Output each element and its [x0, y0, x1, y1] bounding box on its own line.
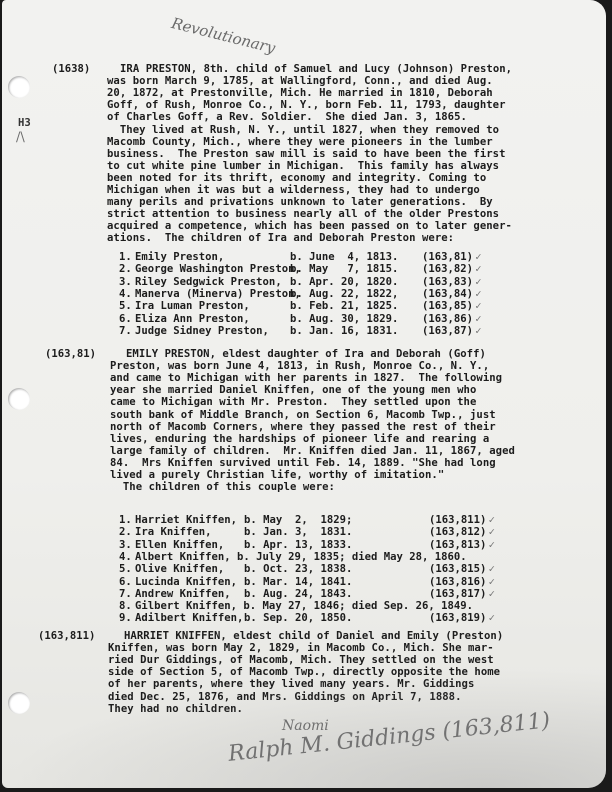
checkmark-icon: ✓ [475, 276, 481, 288]
child-ref: (163,815) [429, 563, 486, 575]
child-birth: b. Apr. 20, 1820. [290, 276, 398, 288]
text-line: year she married Daniel Kniffen, one of … [110, 384, 476, 396]
margin-code: H3 [18, 117, 31, 129]
text-line: side of Section 5, of Macomb Twp., direc… [108, 666, 500, 678]
checkmark-icon: ✓ [489, 576, 495, 588]
checkmark-icon: ✓ [475, 263, 481, 275]
child-birth: b. Jan. 16, 1831. [290, 325, 398, 337]
text-line: and came to Michigan with her parents in… [110, 372, 502, 384]
text-line: Preston, was born June 4, 1813, in Rush,… [110, 360, 489, 372]
child-number: 4. [119, 551, 132, 563]
child-row: 1.Harriet Kniffen,b. May 2, 1829;(163,81… [2, 514, 602, 526]
child-row: 5.Ira Luman Preston,b. Feb. 21, 1825.(16… [2, 300, 602, 312]
checkmark-icon: ✓ [475, 300, 481, 312]
text-line: EMILY PRESTON, eldest daughter of Ira an… [126, 348, 486, 360]
child-name: Eliza Ann Preston, [135, 313, 250, 325]
child-row: 3.Ellen Kniffen,b. Apr. 13, 1833.(163,81… [2, 539, 602, 551]
child-birth: b. Sep. 20, 1850. [244, 612, 352, 624]
text-line: acquired a competence, which has been pa… [107, 220, 512, 232]
child-row: 2.Ira Kniffen,b. Jan. 3, 1831.(163,812)✓ [2, 526, 602, 538]
child-birth: b. Aug. 24, 1843. [244, 588, 352, 600]
child-row: 2.George Washington Preston,b. May 7, 18… [2, 263, 602, 275]
checkmark-icon: ✓ [475, 313, 481, 325]
child-name: Ira Kniffen, [135, 526, 212, 538]
document-page: Revolutionary H3 /\ (1638) IRA PRESTON, … [2, 0, 606, 788]
child-birth: b. Aug. 22, 1822, [290, 288, 398, 300]
child-name: Albert Kniffen, b. July 29, 1835; died M… [135, 551, 467, 563]
child-row: 5.Olive Kniffen,b. Oct. 23, 1838.(163,81… [2, 563, 602, 575]
child-ref: (163,819) [429, 612, 486, 624]
child-birth: b. Oct. 23, 1838. [244, 563, 352, 575]
text-line: ations. The children of Ira and Deborah … [107, 232, 454, 244]
child-name: Harriet Kniffen, [135, 514, 237, 526]
child-birth: b. Mar. 14, 1841. [244, 576, 352, 588]
child-number: 4. [119, 288, 132, 300]
child-row: 4.Manerva (Minerva) Preston,b. Aug. 22, … [2, 288, 602, 300]
child-number: 2. [119, 263, 132, 275]
child-name: Adilbert Kniffen, [135, 612, 243, 624]
child-birth: b. Feb. 21, 1825. [290, 300, 398, 312]
child-row: 3.Riley Sedgwick Preston,b. Apr. 20, 182… [2, 276, 602, 288]
text-line: Michigan when it was but a wilderness, t… [107, 184, 480, 196]
checkmark-icon: ✓ [475, 251, 481, 263]
text-line: Goff, of Rush, Monroe Co., N. Y., born F… [107, 99, 506, 111]
child-number: 6. [119, 576, 132, 588]
child-row: 6.Lucinda Kniffen,b. Mar. 14, 1841.(163,… [2, 576, 602, 588]
child-name: Gilbert Kniffen, b. May 27, 1846; died S… [135, 600, 473, 612]
child-row: 1.Emily Preston,b. June 4, 1813.(163,81)… [2, 251, 602, 263]
text-line: Kniffen, was born May 2, 1829, in Macomb… [108, 642, 494, 654]
text-line: north of Macomb Corners, where they pass… [110, 421, 496, 433]
checkmark-icon: ✓ [489, 612, 495, 624]
checkmark-icon: ✓ [489, 526, 495, 538]
child-name: Lucinda Kniffen, [135, 576, 237, 588]
child-row: 7.Andrew Kniffen,b. Aug. 24, 1843.(163,8… [2, 588, 602, 600]
text-line: IRA PRESTON, 8th. child of Samuel and Lu… [120, 63, 512, 75]
child-ref: (163,811) [429, 514, 486, 526]
checkmark-icon: ✓ [475, 325, 481, 337]
text-line: They had no children. [108, 703, 243, 715]
checkmark-icon: ✓ [489, 588, 495, 600]
text-line: 84. Mrs Kniffen survived until Feb. 14, … [110, 457, 496, 469]
punch-hole [8, 76, 30, 98]
child-number: 2. [119, 526, 132, 538]
child-name: Olive Kniffen, [135, 563, 224, 575]
child-row: 4.Albert Kniffen, b. July 29, 1835; died… [2, 551, 602, 563]
child-row: 6.Eliza Ann Preston,b. Aug. 30, 1829.(16… [2, 313, 602, 325]
child-number: 5. [119, 563, 132, 575]
text-line: HARRIET KNIFFEN, eldest child of Daniel … [124, 630, 503, 642]
child-row: 8.Gilbert Kniffen, b. May 27, 1846; died… [2, 600, 602, 612]
child-birth: b. Aug. 30, 1829. [290, 313, 398, 325]
checkmark-icon: ✓ [489, 563, 495, 575]
text-line: to cut white pine lumber in Michigan. Th… [107, 160, 499, 172]
text-line: came to Michigan with Mr. Preston. They … [110, 396, 476, 408]
child-birth: b. May 2, 1829; [244, 514, 352, 526]
child-ref: (163,85) [422, 300, 473, 312]
margin-mark: /\ [16, 130, 25, 145]
text-line: was born March 9, 1785, at Wallingford, … [107, 75, 493, 87]
text-line: They lived at Rush, N. Y., until 1827, w… [107, 124, 499, 136]
child-name: Manerva (Minerva) Preston, [135, 288, 301, 300]
child-name: Ellen Kniffen, [135, 539, 224, 551]
child-ref: (163,87) [422, 325, 473, 337]
child-birth: b. Apr. 13, 1833. [244, 539, 352, 551]
child-birth: b. May 7, 1815. [290, 263, 398, 275]
child-number: 9. [119, 612, 132, 624]
child-number: 7. [119, 588, 132, 600]
child-ref: (163,86) [422, 313, 473, 325]
child-name: Riley Sedgwick Preston, [135, 276, 282, 288]
child-name: George Washington Preston, [135, 263, 301, 275]
text-line: business. The Preston saw mill is said t… [107, 148, 506, 160]
checkmark-icon: ✓ [489, 514, 495, 526]
punch-hole [8, 388, 30, 410]
text-line: The children of this couple were: [110, 481, 335, 493]
text-line: many perils and privations unknown to la… [107, 196, 493, 208]
child-name: Judge Sidney Preston, [135, 325, 269, 337]
child-ref: (163,83) [422, 276, 473, 288]
text-line: strict attention to business nearly all … [107, 208, 499, 220]
entry-ref: (1638) [52, 63, 90, 75]
text-line: been noted for its thrift, economy and i… [107, 172, 486, 184]
handwritten-note-giddings: Ralph M. Giddings (163,811) [227, 708, 551, 767]
text-line: lives, enduring the hardships of pioneer… [110, 433, 489, 445]
child-ref: (163,812) [429, 526, 486, 538]
child-number: 1. [119, 514, 132, 526]
text-line: of Charles Goff, a Rev. Soldier. She die… [107, 111, 467, 123]
child-number: 3. [119, 539, 132, 551]
text-line: south bank of Middle Branch, on Section … [110, 409, 496, 421]
child-name: Emily Preston, [135, 251, 224, 263]
child-number: 7. [119, 325, 132, 337]
handwritten-note-revolutionary: Revolutionary [170, 14, 277, 57]
entry-ref: (163,811) [38, 630, 95, 642]
punch-hole [8, 692, 30, 714]
text-line: 20, 1872, at Prestonville, Mich. He marr… [107, 87, 493, 99]
text-line: of her parents, where they lived many ye… [108, 678, 474, 690]
child-ref: (163,84) [422, 288, 473, 300]
child-ref: (163,816) [429, 576, 486, 588]
child-row: 9.Adilbert Kniffen,b. Sep. 20, 1850.(163… [2, 612, 602, 624]
child-number: 1. [119, 251, 132, 263]
entry-ref: (163,81) [45, 348, 96, 360]
text-line: large family of children. Mr. Kniffen di… [110, 445, 515, 457]
child-ref: (163,82) [422, 263, 473, 275]
checkmark-icon: ✓ [489, 539, 495, 551]
child-number: 3. [119, 276, 132, 288]
child-number: 5. [119, 300, 132, 312]
text-line: lived a purely Christian life, worthy of… [110, 469, 444, 481]
child-number: 8. [119, 600, 132, 612]
child-name: Andrew Kniffen, [135, 588, 231, 600]
child-number: 6. [119, 313, 132, 325]
child-name: Ira Luman Preston, [135, 300, 250, 312]
text-line: Macomb County, Mich., where they were pi… [107, 136, 493, 148]
child-ref: (163,817) [429, 588, 486, 600]
checkmark-icon: ✓ [475, 288, 481, 300]
child-row: 7.Judge Sidney Preston,b. Jan. 16, 1831.… [2, 325, 602, 337]
child-ref: (163,81) [422, 251, 473, 263]
child-birth: b. Jan. 3, 1831. [244, 526, 352, 538]
text-line: ried Dur Giddings, of Macomb, Mich. They… [108, 654, 494, 666]
child-birth: b. June 4, 1813. [290, 251, 398, 263]
text-line: died Dec. 25, 1876, and Mrs. Giddings on… [108, 691, 462, 703]
child-ref: (163,813) [429, 539, 486, 551]
